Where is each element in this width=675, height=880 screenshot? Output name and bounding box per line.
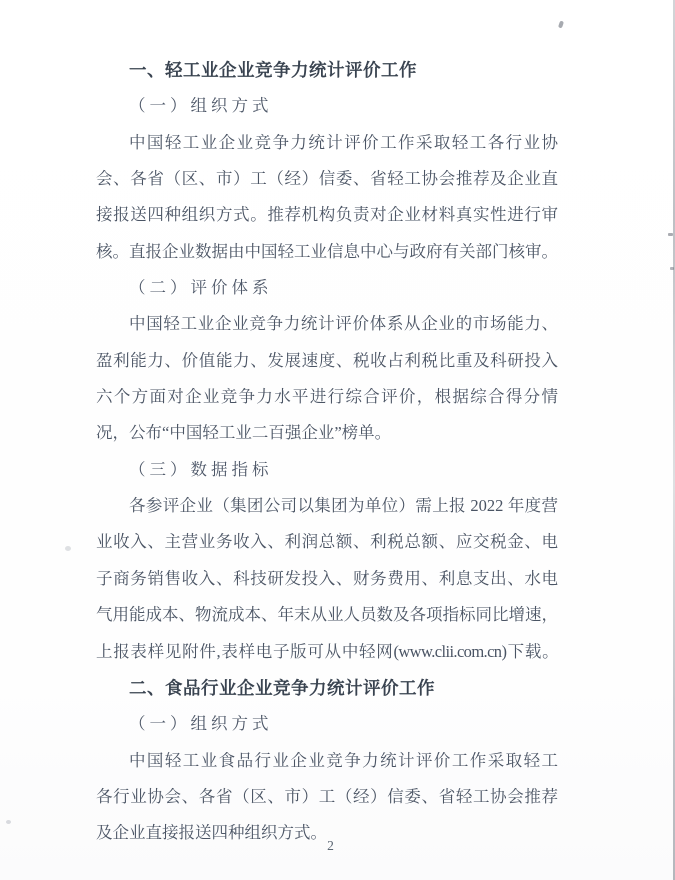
subsection-1-1-heading: （一）组织方式 bbox=[96, 88, 558, 124]
scan-speck bbox=[6, 820, 11, 824]
text-line: 六个方面对企业竞争力水平进行综合评价，根据综合得分情 bbox=[96, 379, 558, 415]
text-line: 核。直报企业数据由中国轻工业信息中心与政府有关部门核审。 bbox=[96, 234, 558, 270]
text-line: 接报送四种组织方式。推荐机构负责对企业材料真实性进行审 bbox=[96, 197, 558, 233]
text-line: 盈利能力、价值能力、发展速度、税收占利税比重及科研投入 bbox=[96, 343, 558, 379]
scan-speck bbox=[65, 546, 71, 551]
text-line: 各参评企业（集团公司以集团为单位）需上报 2022 年度营 bbox=[96, 488, 558, 524]
text-line: 业收入、主营业务收入、利润总额、利税总额、应交税金、电 bbox=[96, 524, 558, 560]
text-line: 会、各省（区、市）工（经）信委、省轻工协会推荐及企业直 bbox=[96, 161, 558, 197]
text-line: 各行业协会、各省（区、市）工（经）信委、省轻工协会推荐 bbox=[96, 779, 558, 815]
text-line-with-url: 上报表样见附件,表样电子版可从中轻网(www.clii.com.cn)下载。 bbox=[96, 634, 558, 670]
section-2-heading: 二、食品行业企业竞争力统计评价工作 bbox=[96, 670, 558, 706]
scanned-document-page: 一、轻工业企业竞争力统计评价工作 （一）组织方式 中国轻工业企业竞争力统计评价工… bbox=[0, 0, 675, 880]
text-line: 中国轻工业企业竞争力统计评价工作采取轻工各行业协 bbox=[96, 125, 558, 161]
text-line: 气用能成本、物流成本、年末从业人员数及各项指标同比增速， bbox=[96, 597, 558, 633]
page-number: 2 bbox=[0, 838, 668, 854]
subsection-1-2-heading: （二）评价体系 bbox=[96, 270, 558, 306]
text-line: 中国轻工业食品行业企业竞争力统计评价工作采取轻工 bbox=[96, 743, 558, 779]
scan-speck bbox=[670, 267, 674, 270]
text-line: 子商务销售收入、科技研发投入、财务费用、利息支出、水电 bbox=[96, 561, 558, 597]
scan-speck bbox=[668, 233, 673, 236]
text-line: 中国轻工业企业竞争力统计评价体系从企业的市场能力、 bbox=[96, 306, 558, 342]
subsection-2-1-heading: （一）组织方式 bbox=[96, 706, 558, 742]
scan-speck bbox=[558, 21, 564, 29]
subsection-1-3-heading: （三）数据指标 bbox=[96, 452, 558, 488]
section-1-heading: 一、轻工业企业竞争力统计评价工作 bbox=[96, 52, 558, 88]
document-body: 一、轻工业企业竞争力统计评价工作 （一）组织方式 中国轻工业企业竞争力统计评价工… bbox=[96, 52, 558, 852]
text-line: 况，公布“中国轻工业二百强企业”榜单。 bbox=[96, 415, 558, 451]
